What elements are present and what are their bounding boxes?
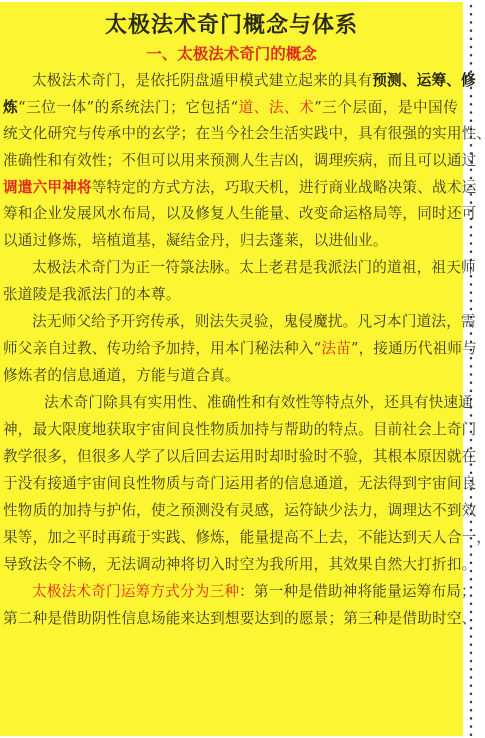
paragraph-1-line-3: 统文化研究与传承中的玄学；在当今社会生活实践中，具有很强的实用性、 (3, 124, 458, 144)
paragraph-1-line-4: 准确性和有效性；不但可以用来预测人生吉凶，调理疾病，而且可以通过 (3, 151, 458, 171)
paragraph-4-line-6: 果等，加之平时再疏于实践、修炼，能量提高不上去，不能达到天人合一， (3, 528, 458, 548)
highlight-text: 太极法术奇门运筹方式分为三种 (32, 583, 239, 600)
paragraph-1-line-1: 太极法术奇门，是依托阴盘遁甲模式建立起来的具有预测、运筹、修 (32, 71, 458, 91)
paragraph-4-line-2: 神，最大限度地获取宇宙间良性物质加持与帮助的特点。目前社会上奇门 (3, 420, 458, 440)
emphasis-text: 预测、运筹、修 (372, 72, 476, 89)
paragraph-1-line-7: 以通过修炼，培植道基，凝结金丹，归去蓬莱，以进仙业。 (3, 231, 458, 251)
emphasis-text: 炼 (3, 99, 18, 116)
paragraph-2-line-1: 太极法术奇门为正一符箓法脉。太上老君是我派法门的道祖，祖天师 (32, 258, 458, 278)
paragraph-1-line-5: 调遣六甲神将等特定的方式方法，巧取天机，进行商业战略决策、战术运 (3, 178, 458, 198)
paragraph-5-line-1: 太极法术奇门运筹方式分为三种：第一种是借助神将能量运筹布局； (32, 582, 458, 602)
paragraph-4-line-4: 于没有接通宇宙间良性物质与奇门运用者的信息通道，无法得到宇宙间良 (3, 474, 458, 494)
paragraph-3-line-1: 法无师父给予开窍传承，则法失灵验，鬼侵魔扰。凡习本门道法，需 (32, 312, 458, 332)
paragraph-4-line-3: 教学很多，但很多人学了以后回去运用时却时验时不验，其根本原因就在 (3, 447, 458, 467)
paragraph-5-line-2: 第二种是借助阴性信息场能来达到想要达到的愿景；第三种是借助时空、 (3, 609, 458, 629)
paragraph-3-line-2: 师父亲自过教、传功给予加持，用本门秘法种入“法苗”，接通历代祖师与 (3, 339, 458, 359)
document-page: 太极法术奇门概念与体系 一、太极法术奇门的概念 太极法术奇门，是依托阴盘遁甲模式… (0, 2, 463, 736)
paragraph-4-line-7: 导致法令不畅，无法调动神将切入时空为我所用，其效果自然大打折扣。 (3, 555, 458, 575)
page-edge-dotted-border (469, 2, 473, 738)
paragraph-4-line-1: 法术奇门除具有实用性、准确性和有效性等特点外，还具有快速通 (44, 393, 458, 413)
paragraph-1-line-6: 筹和企业发展风水布局，以及修复人生能量、改变命运格局等，同时还可 (3, 204, 458, 224)
highlight-text: 法苗 (321, 340, 351, 357)
highlight-text: 调遣六甲神将 (3, 179, 92, 196)
section-heading: 一、太极法术奇门的概念 (0, 42, 463, 64)
paragraph-2-line-2: 张道陵是我派法门的本尊。 (3, 285, 458, 305)
paragraph-3-line-3: 修炼者的信息通道，方能与道合真。 (3, 366, 458, 386)
document-title: 太极法术奇门概念与体系 (0, 8, 463, 39)
paragraph-1-line-2: 炼“三位一体”的系统法门；它包括“道、法、术”三个层面，是中国传 (3, 98, 458, 118)
highlight-text: 道、法、术 (238, 99, 314, 116)
paragraph-4-line-5: 性物质的加持与护佑，使之预测没有灵感，运符缺少法力，调理达不到效 (3, 501, 458, 521)
